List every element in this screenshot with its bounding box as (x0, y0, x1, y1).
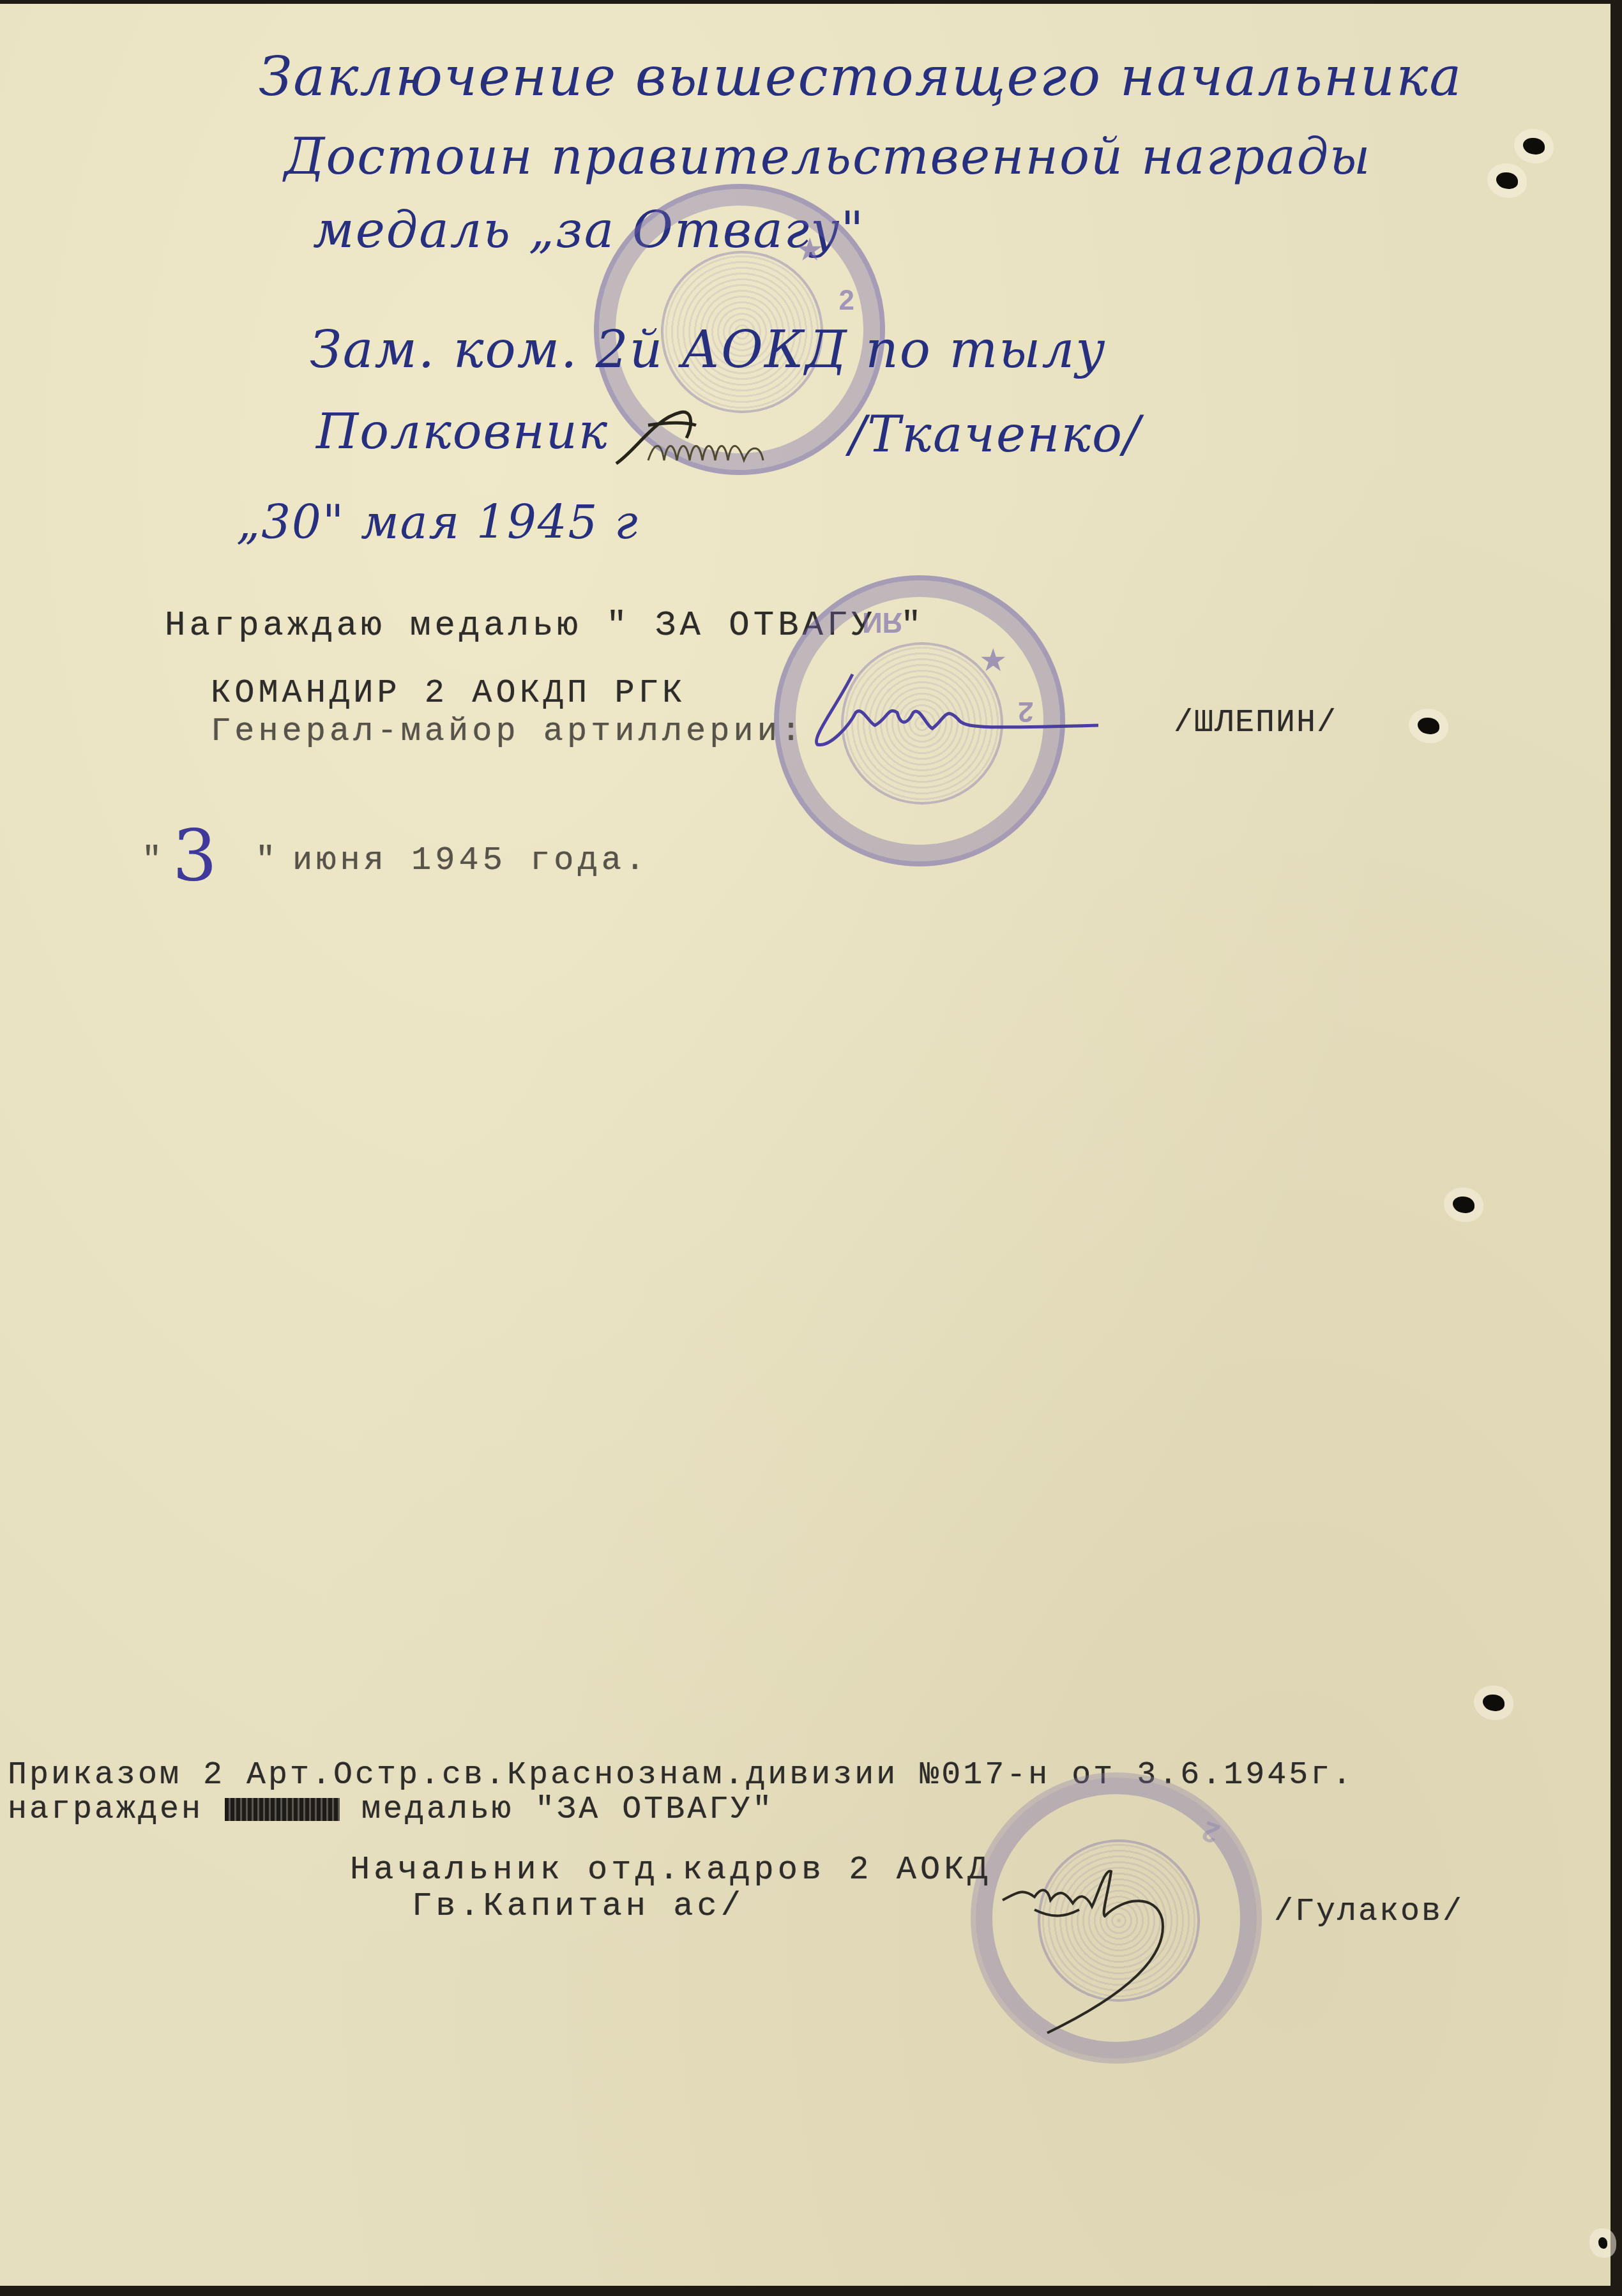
award-date-close-quote: " (255, 842, 279, 879)
seal-digit: 2 (839, 285, 854, 317)
commander-rank: Генерал-майор артиллерии: (211, 713, 805, 750)
commander-name: /ШЛЕПИН/ (1174, 705, 1337, 741)
award-date-open-quote: " (142, 842, 165, 879)
signature-scribble-icon (996, 1868, 1264, 2034)
punch-hole (1418, 718, 1439, 734)
punch-hole (1453, 1197, 1474, 1213)
official-title: Начальник отд.кадров 2 АОКД (350, 1851, 992, 1889)
signature-scribble-icon (610, 400, 821, 476)
conclusion-line-1: Заключение вышестоящего начальника (259, 45, 1462, 108)
signature-scribble-icon (792, 668, 1098, 757)
conclusion-line-2: Достоин правительственной награды (284, 128, 1372, 186)
official-rank: Гв.Капитан ас/ (412, 1887, 745, 1925)
official-name: /Гулаков/ (1274, 1894, 1464, 1930)
signature-tkachenko (610, 400, 821, 476)
punch-hole (1523, 138, 1545, 155)
seal-text-fragment: ЯИ (862, 606, 902, 638)
punch-hole (1598, 2237, 1607, 2249)
punch-hole (1496, 172, 1518, 189)
signature-shlepin (792, 668, 1098, 757)
medal-label: медалью "ЗА ОТВАГУ" (361, 1792, 774, 1828)
redacted-text (225, 1798, 340, 1821)
document-page: Заключение вышестоящего начальника Досто… (0, 4, 1611, 2286)
commander-title: КОМАНДИР 2 АОКДП РГК (211, 674, 686, 712)
award-date-rest: июня 1945 года. (292, 842, 649, 879)
awarded-label: награжден (8, 1792, 203, 1828)
signature-gulakov (996, 1868, 1264, 2034)
signer-rank: Полковник (316, 403, 609, 460)
award-date-day: 3 (172, 815, 218, 896)
order-note-line-2: награжден медалью "ЗА ОТВАГУ" (8, 1792, 774, 1828)
punch-hole (1483, 1695, 1505, 1711)
seal-digit: 2 (1198, 1814, 1224, 1849)
conclusion-date: „30" мая 1945 г (236, 495, 639, 549)
star-icon: ★ (798, 234, 822, 266)
signer-title-line: Зам. ком. 2й АОКД по тылу (310, 320, 1107, 379)
signer-name: /Ткаченко/ (849, 406, 1141, 464)
